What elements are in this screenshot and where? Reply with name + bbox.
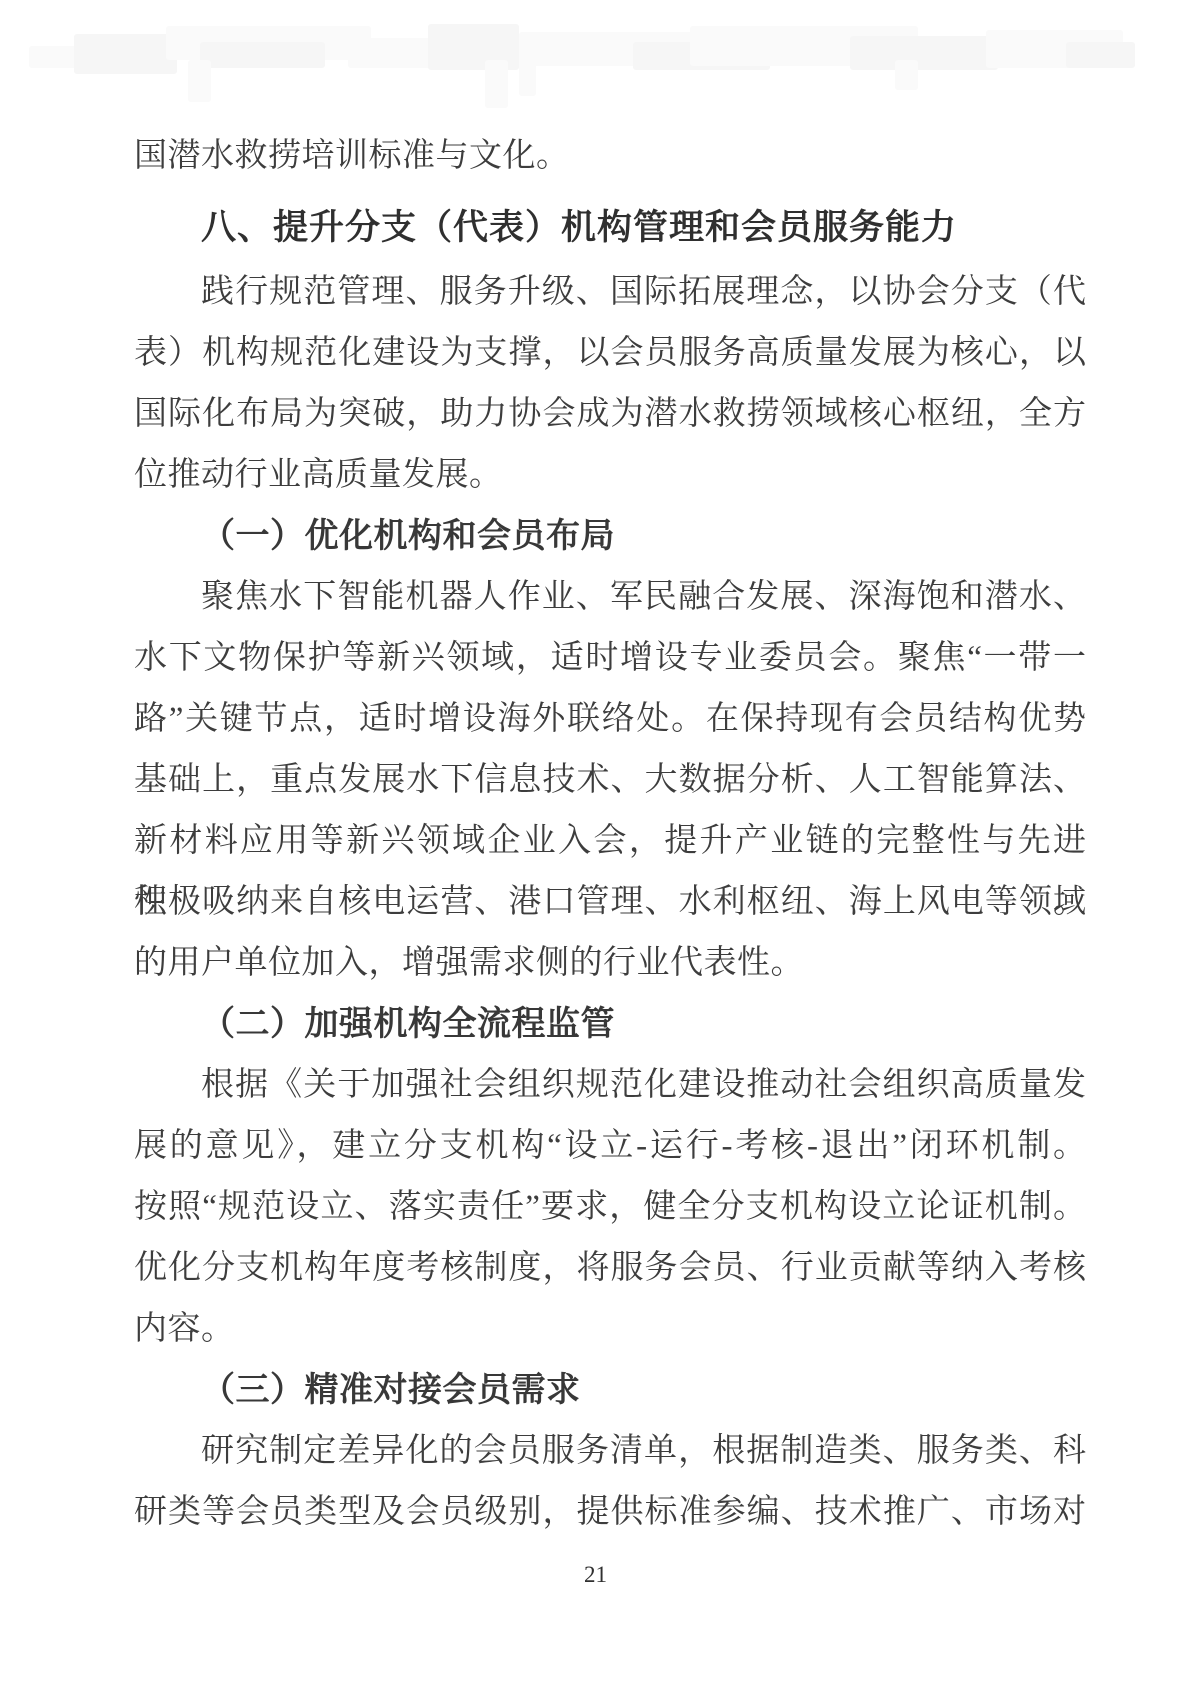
document-page: 国潜水救捞培训标准与文化。八、提升分支（代表）机构管理和会员服务能力践行规范管理… — [0, 0, 1191, 1685]
body-text-line: 位推动行业高质量发展。 — [134, 445, 1086, 506]
body-text-line: 基础上，重点发展水下信息技术、大数据分析、人工智能算法、 — [134, 750, 1086, 811]
body-text-line: 内容。 — [134, 1299, 1086, 1360]
body-text-line: 根据《关于加强社会组织规范化建设推动社会组织高质量发 — [134, 1055, 1086, 1116]
body-text-line: 的用户单位加入，增强需求侧的行业代表性。 — [134, 933, 1086, 994]
scan-artifact — [6, 12, 1146, 102]
body-text-line: 研究制定差异化的会员服务清单，根据制造类、服务类、科 — [134, 1421, 1086, 1482]
body-text-line: 按照“规范设立、落实责任”要求，健全分支机构设立论证机制。 — [134, 1177, 1086, 1238]
body-text-line: 路”关键节点，适时增设海外联络处。在保持现有会员结构优势 — [134, 689, 1086, 750]
body-text-line: 国际化布局为突破，助力协会成为潜水救捞领域核心枢纽，全方 — [134, 384, 1086, 445]
body-text-line: 研类等会员类型及会员级别，提供标准参编、技术推广、市场对 — [134, 1482, 1086, 1543]
subsection-heading: （二）加强机构全流程监管 — [134, 994, 1086, 1055]
body-text-line: 新材料应用等新兴领域企业入会，提升产业链的完整性与先进性。 — [134, 811, 1086, 872]
subsection-heading: （三）精准对接会员需求 — [134, 1360, 1086, 1421]
body-text-line: 践行规范管理、服务升级、国际拓展理念，以协会分支（代 — [134, 262, 1086, 323]
section-heading: 八、提升分支（代表）机构管理和会员服务能力 — [134, 197, 1086, 258]
body-text-line: 国潜水救捞培训标准与文化。 — [134, 126, 1086, 187]
page-number: 21 — [0, 1560, 1191, 1590]
subsection-heading: （一）优化机构和会员布局 — [134, 506, 1086, 567]
document-body: 国潜水救捞培训标准与文化。八、提升分支（代表）机构管理和会员服务能力践行规范管理… — [134, 126, 1086, 1543]
body-text-line: 积极吸纳来自核电运营、港口管理、水利枢纽、海上风电等领域 — [134, 872, 1086, 933]
body-text-line: 表）机构规范化建设为支撑，以会员服务高质量发展为核心，以 — [134, 323, 1086, 384]
body-text-line: 展的意见》，建立分支机构“设立-运行-考核-退出”闭环机制。 — [134, 1116, 1086, 1177]
body-text-line: 水下文物保护等新兴领域，适时增设专业委员会。聚焦“一带一 — [134, 628, 1086, 689]
body-text-line: 聚焦水下智能机器人作业、军民融合发展、深海饱和潜水、 — [134, 567, 1086, 628]
body-text-line: 优化分支机构年度考核制度，将服务会员、行业贡献等纳入考核 — [134, 1238, 1086, 1299]
